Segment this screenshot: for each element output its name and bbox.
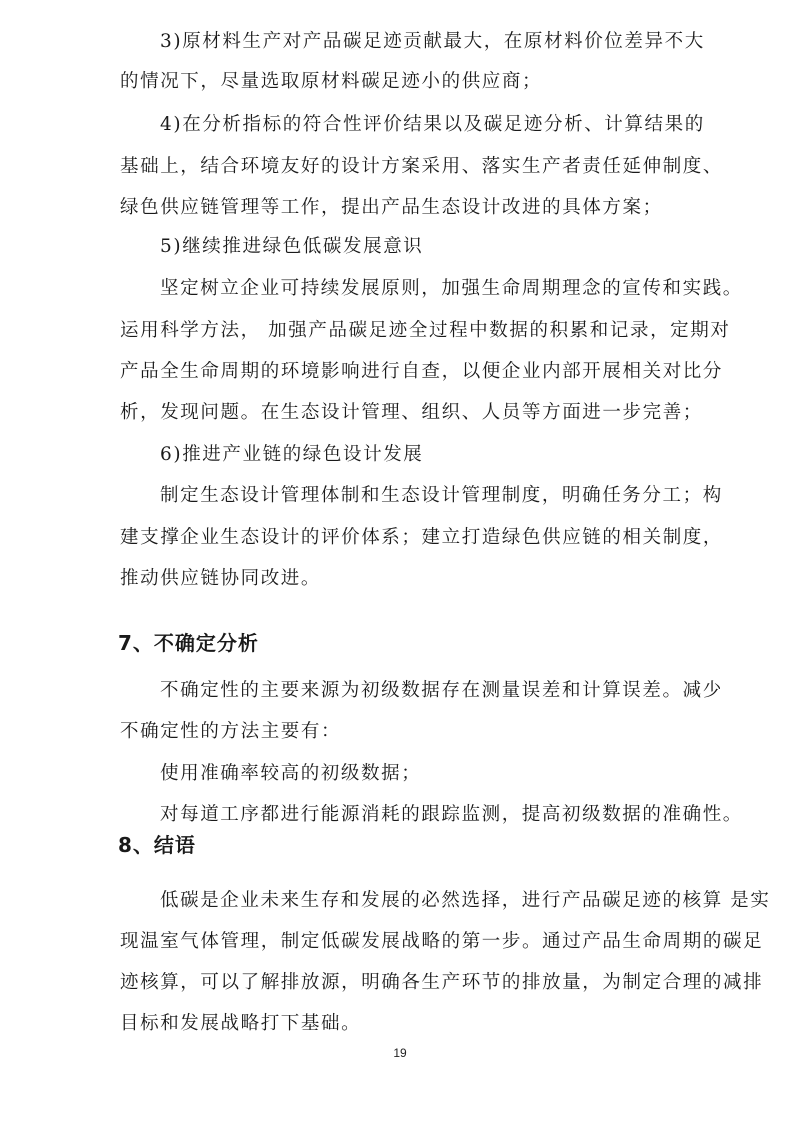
item-3-line-2: 的情况下，尽量选取原材料碳足迹小的供应商；	[120, 70, 542, 94]
section-8-line-1: 低碳是企业未来生存和发展的必然选择，进行产品碳足迹的核算 是实	[160, 889, 770, 913]
section-7-line-1: 不确定性的主要来源为初级数据存在测量误差和计算误差。减少	[160, 679, 723, 703]
section-7-line-4: 对每道工序都进行能源消耗的跟踪监测，提高初级数据的准确性。	[160, 803, 743, 827]
item-4-line-3: 绿色供应链管理等工作，提出产品生态设计改进的具体方案；	[120, 196, 663, 220]
item-5-line-1: 坚定树立企业可持续发展原则，加强生命周期理念的宣传和实践。	[160, 277, 743, 301]
item-6-line-1: 制定生态设计管理体制和生态设计管理制度，明确任务分工；构	[160, 484, 723, 508]
page-number: 19	[0, 1046, 800, 1060]
document-page: 3)原材料生产对产品碳足迹贡献最大，在原材料价位差异不大 的情况下，尽量选取原材…	[0, 0, 800, 1131]
section-7-line-3: 使用准确率较高的初级数据；	[160, 762, 421, 786]
section-7-line-2: 不确定性的方法主要有：	[120, 720, 341, 744]
item-5-line-4: 析，发现问题。在生态设计管理、组织、人员等方面进一步完善；	[120, 401, 703, 425]
item-4-line-2: 基础上，结合环境友好的设计方案采用、落实生产者责任延伸制度、	[120, 155, 723, 179]
item-5-title: 5)继续推进绿色低碳发展意识	[160, 235, 423, 259]
section-8-heading: 8、结语	[118, 832, 196, 858]
item-6-title: 6)推进产业链的绿色设计发展	[160, 443, 423, 467]
item-5-line-2: 运用科学方法， 加强产品碳足迹全过程中数据的积累和记录，定期对	[120, 319, 730, 343]
section-7-heading: 7、不确定分析	[118, 630, 259, 656]
item-4-line-1: 4)在分析指标的符合性评价结果以及碳足迹分析、计算结果的	[160, 113, 705, 137]
item-6-line-3: 推动供应链协同改进。	[120, 567, 321, 591]
item-6-line-2: 建支撑企业生态设计的评价体系；建立打造绿色供应链的相关制度，	[120, 526, 723, 550]
section-8-line-2: 现温室气体管理，制定低碳发展战略的第一步。通过产品生命周期的碳足	[120, 930, 763, 954]
section-8-line-3: 迹核算，可以了解排放源，明确各生产环节的排放量，为制定合理的减排	[120, 971, 763, 995]
item-5-line-3: 产品全生命周期的环境影响进行自查，以便企业内部开展相关对比分	[120, 360, 723, 384]
section-8-line-4: 目标和发展战略打下基础。	[120, 1012, 361, 1036]
item-3-line-1: 3)原材料生产对产品碳足迹贡献最大，在原材料价位差异不大	[160, 30, 705, 54]
